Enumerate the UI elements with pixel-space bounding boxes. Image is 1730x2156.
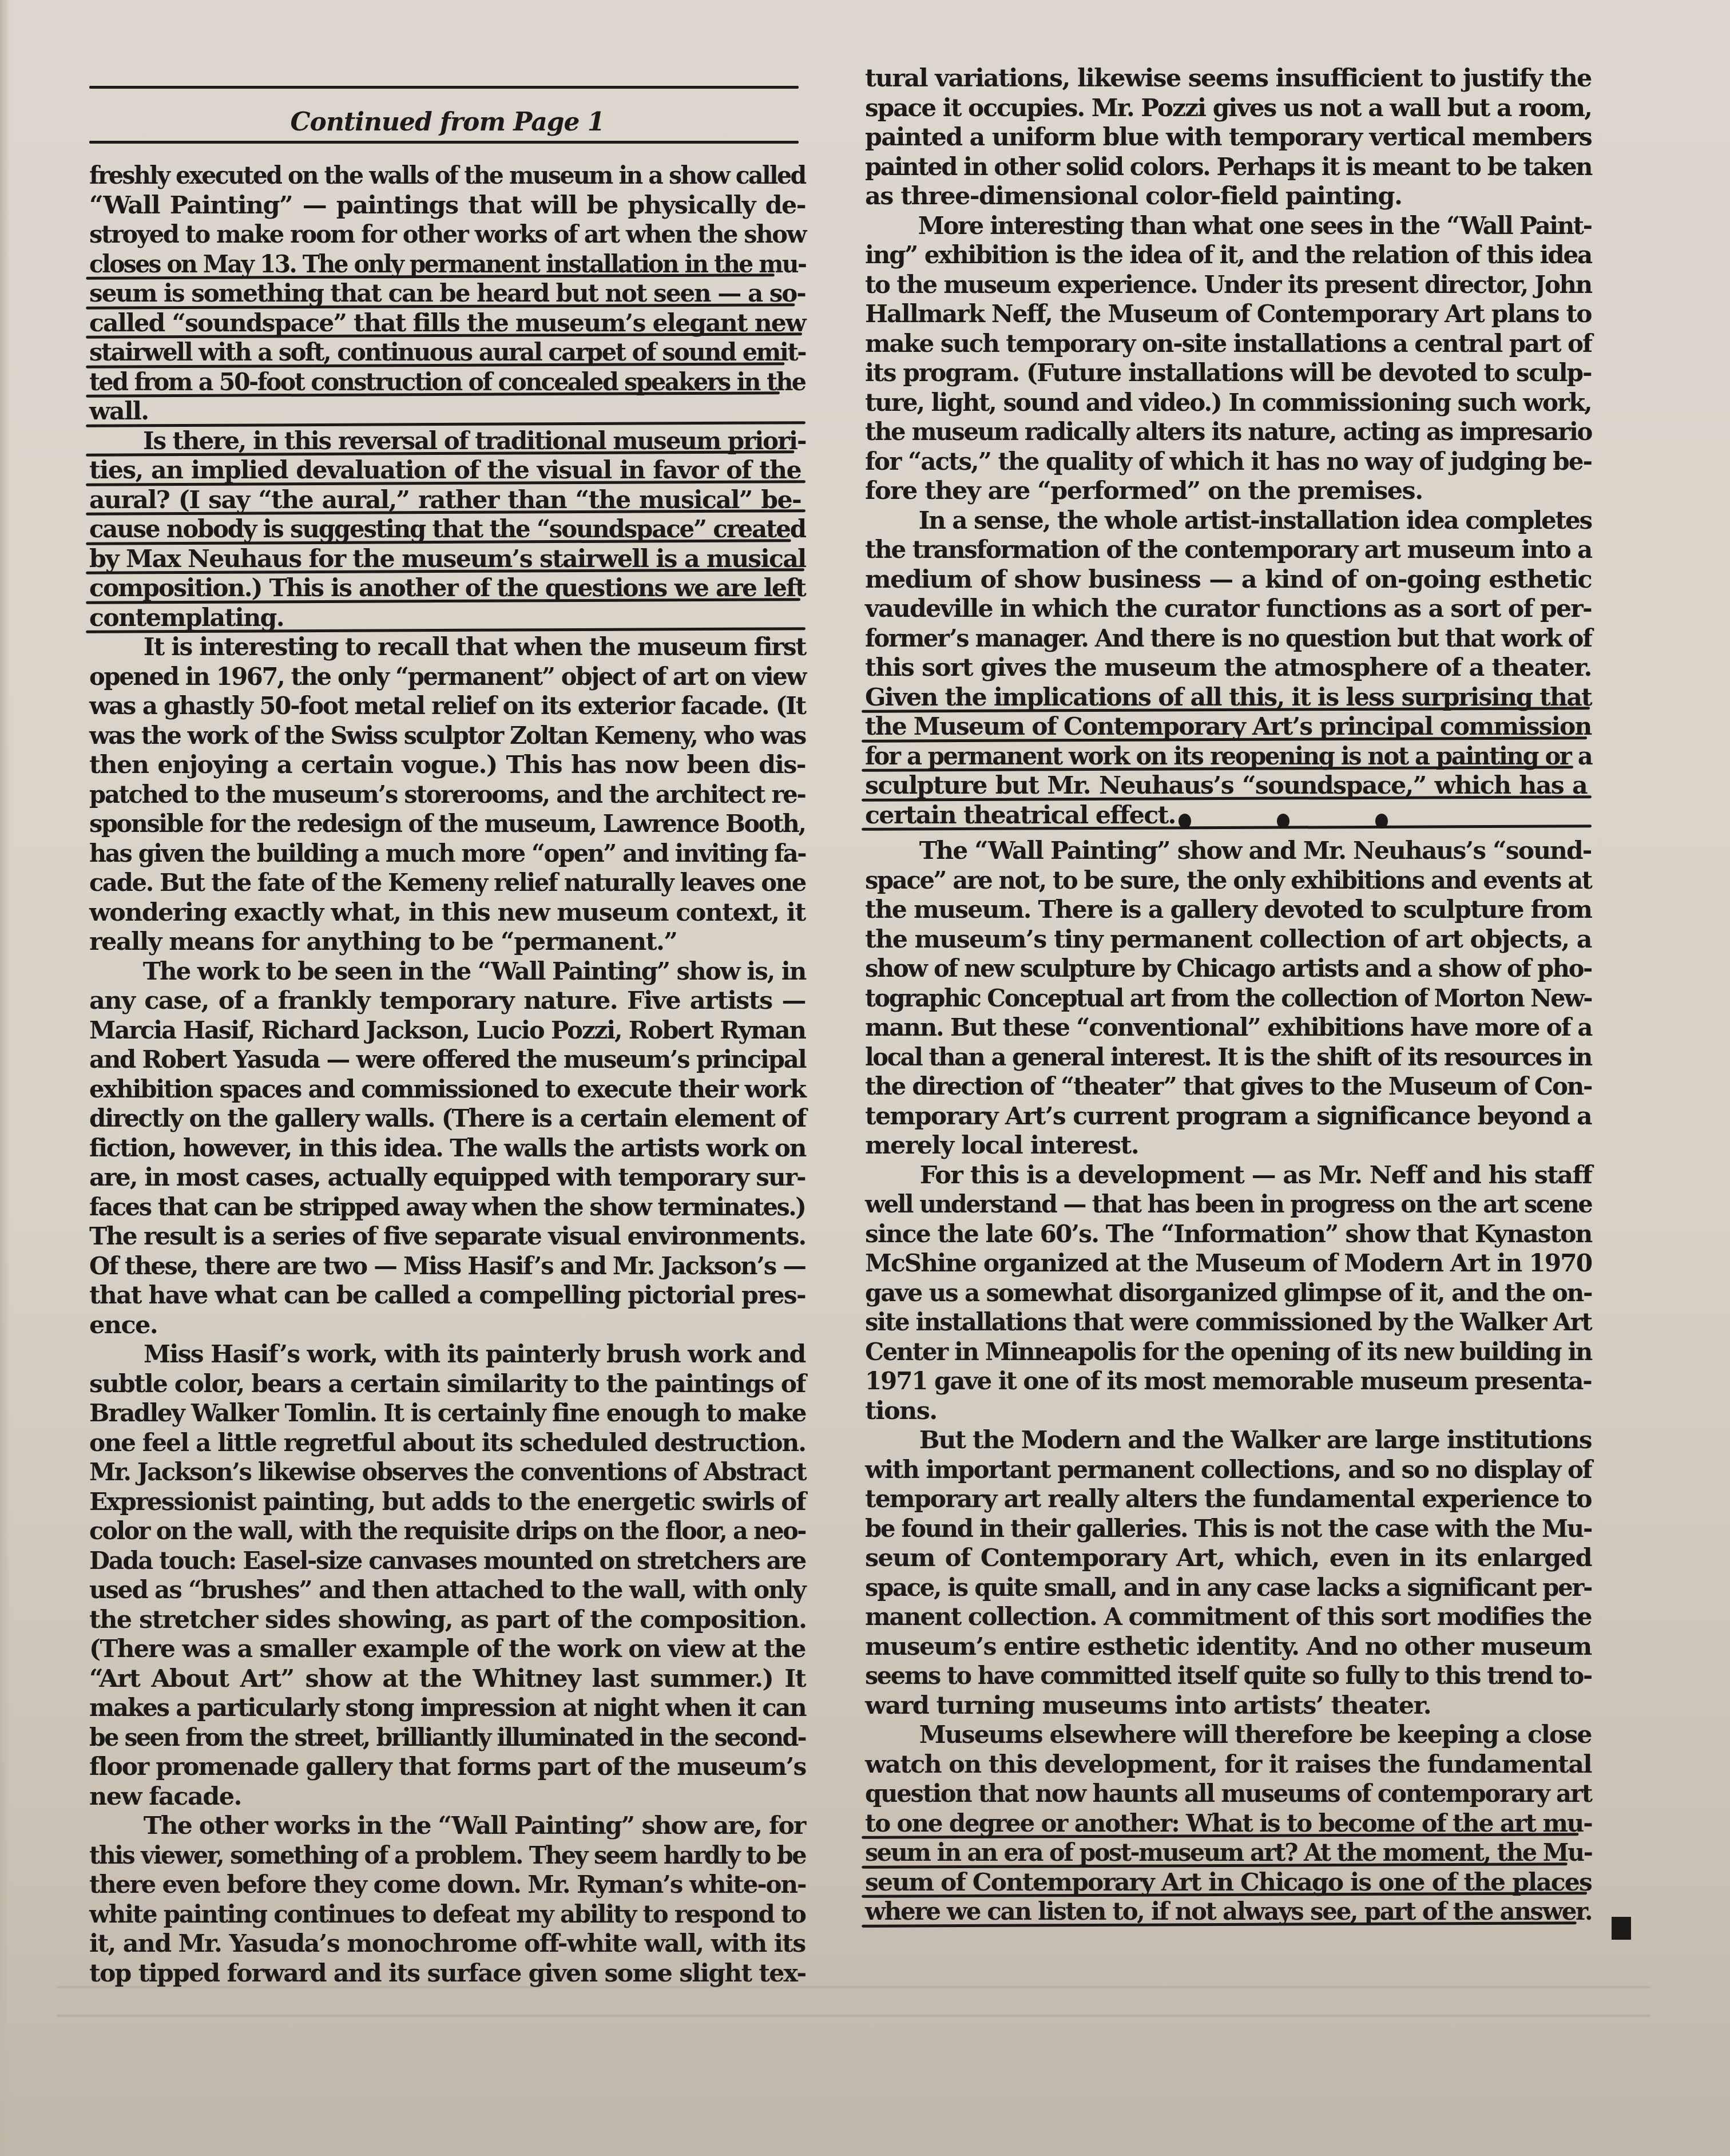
text-line: was the work of the Swiss sculptor Zolta… bbox=[89, 722, 780, 751]
text-line: space, is quite small, and in any case l… bbox=[865, 1574, 1569, 1603]
text-line: 1971 gave it one of its most memorable m… bbox=[865, 1367, 1574, 1397]
text-line: former’s manager. And there is no questi… bbox=[865, 624, 1567, 654]
text-line: its program. (Future installations will … bbox=[865, 359, 1580, 389]
text-line: For this is a development — as Mr. Neff … bbox=[865, 1161, 1590, 1191]
text-line: fiction, however, in this idea. The wall… bbox=[89, 1134, 790, 1164]
underlined-text-line: where we can listen to, if not always se… bbox=[865, 1897, 1572, 1927]
text-line: cade. But the fate of the Kemeny relief … bbox=[89, 869, 783, 898]
paragraph: Museums elsewhere will therefore be keep… bbox=[865, 1721, 1592, 1927]
underlined-text-line: Given the implications of all this, it i… bbox=[865, 683, 1585, 713]
text-line: Marcia Hasif, Richard Jackson, Lucio Poz… bbox=[89, 1016, 787, 1046]
ornament-dot-icon bbox=[1375, 814, 1388, 829]
text-line: patched to the museum’s storerooms, and … bbox=[89, 780, 783, 810]
paragraph: In a sense, the whole artist-installatio… bbox=[865, 506, 1592, 831]
text-line: to the museum experience. Under its pres… bbox=[865, 271, 1572, 300]
underlined-text-line: closes on May 13. The only permanent ins… bbox=[89, 250, 770, 280]
text-line: used as “brushes” and then attached to t… bbox=[89, 1576, 788, 1606]
paragraph: The other works in the “Wall Painting” s… bbox=[89, 1812, 806, 1988]
text-line: really means for anything to be “permane… bbox=[89, 928, 806, 957]
text-line: gave us a somewhat disorganized glimpse … bbox=[865, 1279, 1574, 1309]
paragraph: freshly executed on the walls of the mus… bbox=[89, 161, 806, 427]
text-line: painted in other solid colors. Perhaps i… bbox=[865, 153, 1567, 183]
end-of-article-mark-icon bbox=[1612, 1917, 1631, 1940]
text-line: The other works in the “Wall Painting” s… bbox=[89, 1812, 797, 1841]
text-line: temporary Art’s current program a signif… bbox=[865, 1102, 1586, 1132]
header-rule-bottom bbox=[89, 141, 799, 144]
text-line: mann. But these “conventional” exhibitio… bbox=[865, 1013, 1574, 1043]
text-line: exhibition spaces and commissioned to ex… bbox=[89, 1075, 787, 1105]
text-line: Bradley Walker Tomlin. It is certainly f… bbox=[89, 1399, 787, 1429]
text-line: McShine organized at the Museum of Moder… bbox=[865, 1249, 1580, 1279]
text-line: The result is a series of five separate … bbox=[89, 1222, 791, 1252]
text-line: seems to have committed itself quite so … bbox=[865, 1662, 1565, 1691]
text-line: space it occupies. Mr. Pozzi gives us no… bbox=[865, 94, 1578, 124]
text-line: has given the building a much more “open… bbox=[89, 839, 781, 869]
paragraph: For this is a development — as Mr. Neff … bbox=[865, 1161, 1592, 1426]
text-line: Dada touch: Easel-size canvases mounted … bbox=[89, 1547, 781, 1576]
text-line: was a ghastly 50-foot metal relief on it… bbox=[89, 692, 788, 722]
text-line: Expressionist painting, but adds to the … bbox=[89, 1488, 792, 1517]
text-line: one feel a little regretful about its sc… bbox=[89, 1429, 795, 1459]
paragraph: Miss Hasif’s work, with its painterly br… bbox=[89, 1340, 806, 1812]
text-line: the transformation of the contemporary a… bbox=[865, 536, 1574, 565]
text-line: More interesting than what one sees in t… bbox=[865, 212, 1568, 241]
underlined-text-line: for a permanent work on its reopening is… bbox=[865, 742, 1569, 772]
text-line: ing” exhibition is the idea of it, and t… bbox=[865, 241, 1575, 271]
underlined-text-line: stairwell with a soft, continuous aural … bbox=[89, 338, 780, 368]
text-line: seum of Contemporary Art, which, even in… bbox=[865, 1544, 1592, 1574]
text-line: vaudeville in which the curator function… bbox=[865, 595, 1585, 624]
section-break-ornament bbox=[1179, 814, 1388, 829]
underlined-text-line: seum of Contemporary Art in Chicago is o… bbox=[865, 1868, 1582, 1898]
text-line: merely local interest. bbox=[865, 1131, 1592, 1161]
underlined-text-line: seum is something that can be heard but … bbox=[89, 279, 791, 309]
text-line: Miss Hasif’s work, with its painterly br… bbox=[89, 1340, 798, 1370]
text-line: temporary art really alters the fundamen… bbox=[865, 1485, 1582, 1515]
text-line: stroyed to make room for other works of … bbox=[89, 220, 781, 250]
text-line: well understand — that has been in progr… bbox=[865, 1190, 1561, 1220]
text-line: Hallmark Neff, the Museum of Contemporar… bbox=[865, 300, 1580, 330]
text-line: site installations that were commissione… bbox=[865, 1308, 1570, 1338]
text-line: “Art About Art” show at the Whitney last… bbox=[89, 1664, 806, 1694]
text-line: tographic Conceptual art from the collec… bbox=[865, 984, 1562, 1014]
text-line: ture, light, sound and video.) In commis… bbox=[865, 389, 1576, 418]
continued-from-label: Continued from Page 1 bbox=[89, 108, 806, 137]
text-line: floor promenade gallery that forms part … bbox=[89, 1753, 795, 1782]
text-line: that have what can be called a compellin… bbox=[89, 1281, 798, 1311]
text-line: the museum radically alters its nature, … bbox=[865, 418, 1569, 447]
text-line: the museum. There is a gallery devoted t… bbox=[865, 895, 1584, 925]
text-line: tions. bbox=[865, 1397, 1592, 1426]
underlined-text-line: to one degree or another: What is to bec… bbox=[865, 1809, 1574, 1839]
text-line: directly on the gallery walls. (There is… bbox=[89, 1104, 789, 1134]
text-line: Museums elsewhere will therefore be keep… bbox=[865, 1721, 1581, 1750]
text-line: be seen from the street, brilliantly ill… bbox=[89, 1723, 774, 1753]
text-line: Of these, there are two — Miss Hasif’s a… bbox=[89, 1252, 784, 1282]
text-line: tural variations, likewise seems insuffi… bbox=[865, 64, 1589, 94]
paper-edge-shadow bbox=[0, 0, 10, 2156]
text-line: since the late 60’s. The “Information” s… bbox=[865, 1220, 1580, 1250]
header-rule-top bbox=[89, 86, 799, 89]
underlined-text-line: cause nobody is suggesting that the “sou… bbox=[89, 515, 787, 545]
text-line: with important permanent collections, an… bbox=[865, 1456, 1575, 1485]
text-line: It is interesting to recall that when th… bbox=[89, 633, 796, 663]
paragraph: tural variations, likewise seems insuffi… bbox=[865, 64, 1592, 212]
text-line: Mr. Jackson’s likewise observes the conv… bbox=[89, 1458, 781, 1488]
text-line: In a sense, the whole artist-installatio… bbox=[865, 506, 1575, 536]
text-line: there even before they come down. Mr. Ry… bbox=[89, 1870, 789, 1900]
text-line: then enjoying a certain vogue.) This has… bbox=[89, 751, 806, 780]
text-line: medium of show business — a kind of on-g… bbox=[865, 565, 1592, 595]
text-line: ward turning museums into artists’ theat… bbox=[865, 1691, 1592, 1721]
text-line: and Robert Yasuda — were offered the mus… bbox=[89, 1045, 785, 1075]
text-line: painted a uniform blue with temporary ve… bbox=[865, 123, 1587, 153]
text-line: wondering exactly what, in this new muse… bbox=[89, 898, 804, 928]
paragraph: But the Modern and the Walker are large … bbox=[865, 1426, 1592, 1721]
ornament-dot-icon bbox=[1179, 814, 1191, 829]
underlined-text-line: Is there, in this reversal of traditiona… bbox=[89, 427, 790, 457]
text-line: white painting continues to defeat my ab… bbox=[89, 1900, 787, 1930]
text-line: ence. bbox=[89, 1311, 806, 1341]
text-line: local than a general interest. It is the… bbox=[865, 1043, 1567, 1073]
text-line: as three-dimensional color-field paintin… bbox=[865, 182, 1592, 212]
text-line: show of new sculpture by Chicago artists… bbox=[865, 954, 1567, 984]
underlined-text-line: contemplating. bbox=[89, 604, 801, 633]
text-line: the stretcher sides showing, as part of … bbox=[89, 1606, 806, 1635]
underlined-text-line: sculpture but Mr. Neuhaus’s “soundspace,… bbox=[865, 771, 1587, 801]
underlined-text-line: wall. bbox=[89, 397, 801, 427]
text-line: But the Modern and the Walker are large … bbox=[865, 1426, 1581, 1456]
underlined-text-line: the Museum of Contemporary Art’s princip… bbox=[865, 712, 1582, 742]
text-line: make such temporary on-site installation… bbox=[865, 330, 1576, 359]
text-line: The “Wall Painting” show and Mr. Neuhaus… bbox=[865, 837, 1581, 866]
right-column-body-top: tural variations, likewise seems insuffi… bbox=[865, 64, 1592, 830]
text-line: watch on this development, for it raises… bbox=[865, 1750, 1588, 1780]
underlined-text-line: composition.) This is another of the que… bbox=[89, 574, 796, 604]
text-line: for “acts,” the quality of which it has … bbox=[865, 447, 1577, 477]
text-line: question that now haunts all museums of … bbox=[865, 1780, 1571, 1809]
text-line: the museum’s tiny permanent collection o… bbox=[865, 925, 1589, 955]
text-line: be found in their galleries. This is not… bbox=[865, 1515, 1570, 1544]
text-line: The work to be seen in the “Wall Paintin… bbox=[89, 957, 789, 987]
left-column-body: freshly executed on the walls of the mus… bbox=[89, 161, 806, 1988]
underlined-text-line: ted from a 50-foot construction of conce… bbox=[89, 368, 775, 398]
text-line: manent collection. A commitment of this … bbox=[865, 1603, 1577, 1632]
paragraph: The work to be seen in the “Wall Paintin… bbox=[89, 957, 806, 1341]
text-line: makes a particularly stong impression at… bbox=[89, 1694, 784, 1723]
text-line: it, and Mr. Yasuda’s monochrome off-whit… bbox=[89, 1929, 801, 1959]
text-line: fore they are “performed” on the premise… bbox=[865, 477, 1592, 506]
underlined-text-line: by Max Neuhaus for the museum’s stairwel… bbox=[89, 545, 800, 574]
text-line: museum’s entire esthetic identity. And n… bbox=[865, 1632, 1587, 1662]
right-column-body-bottom: The “Wall Painting” show and Mr. Neuhaus… bbox=[865, 837, 1592, 1927]
text-line: space” are not, to be sure, the only exh… bbox=[865, 866, 1568, 896]
paragraph: Is there, in this reversal of traditiona… bbox=[89, 427, 806, 633]
underlined-text-line: ties, an implied devaluation of the visu… bbox=[89, 456, 801, 486]
text-line: this viewer, something of a problem. The… bbox=[89, 1841, 777, 1871]
paper-fold-crease bbox=[57, 2014, 1650, 2018]
text-line: are, in most cases, actually equipped wi… bbox=[89, 1163, 793, 1193]
text-line: subtle color, bears a certain similarity… bbox=[89, 1370, 797, 1400]
paragraph: It is interesting to recall that when th… bbox=[89, 633, 806, 957]
text-line: sponsible for the redesign of the museum… bbox=[89, 810, 779, 839]
text-line: faces that can be stripped away when the… bbox=[89, 1193, 779, 1223]
paragraph: The “Wall Painting” show and Mr. Neuhaus… bbox=[865, 837, 1592, 1161]
text-line: Center in Minneapolis for the opening of… bbox=[865, 1338, 1569, 1368]
text-line: opened in 1967, the only “permanent” obj… bbox=[89, 663, 783, 692]
underlined-text-line: aural? (I say “the aural,” rather than “… bbox=[89, 486, 801, 516]
paragraph: More interesting than what one sees in t… bbox=[865, 212, 1592, 506]
text-line: freshly executed on the walls of the mus… bbox=[89, 161, 772, 191]
text-line: (There was a smaller example of the work… bbox=[89, 1635, 800, 1664]
text-line: the direction of “theater” that gives to… bbox=[865, 1072, 1573, 1102]
ornament-dot-icon bbox=[1277, 814, 1289, 829]
text-line: “Wall Painting” — paintings that will be… bbox=[89, 191, 806, 221]
text-line: top tipped forward and its surface given… bbox=[89, 1959, 800, 1989]
underlined-text-line: seum in an era of post-museum art? At th… bbox=[865, 1838, 1563, 1868]
text-line: color on the wall, with the requisite dr… bbox=[89, 1517, 777, 1547]
text-line: this sort gives the museum the atmospher… bbox=[865, 653, 1592, 683]
text-line: any case, of a frankly temporary nature.… bbox=[89, 986, 806, 1016]
text-line: new facade. bbox=[89, 1782, 806, 1812]
underlined-text-line: called “soundspace” that fills the museu… bbox=[89, 309, 797, 339]
